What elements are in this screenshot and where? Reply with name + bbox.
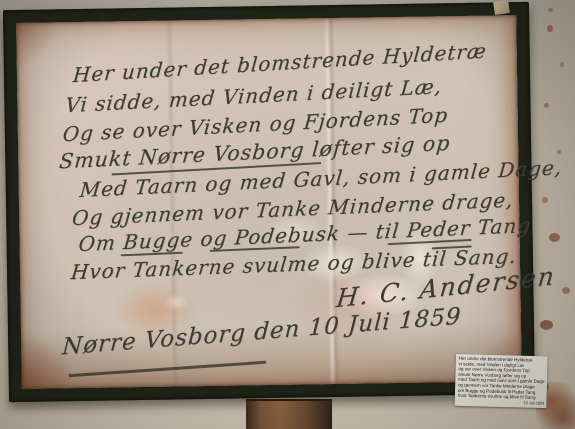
wall-stain	[560, 62, 564, 67]
underline-dateline	[69, 361, 267, 377]
picture-frame: Her under det blomstrende Hyldetræ Vi si…	[3, 2, 535, 402]
wall-stain	[562, 287, 570, 294]
wall-stain	[544, 103, 549, 108]
dateline: Nørre Vosborg den 10 Juli 1859	[61, 303, 462, 360]
wall-stain	[549, 233, 560, 242]
wooden-post	[246, 399, 332, 429]
manuscript-paper: Her under det blomstrende Hyldetræ Vi si…	[16, 15, 522, 389]
framed-manuscript-photo: Her under det blomstrende Hyldetræ Vi si…	[0, 0, 575, 429]
frame-chip	[493, 0, 510, 15]
wall-stain	[557, 150, 561, 154]
caption-label: Her under det blomstrende Hyldetræ vi si…	[455, 354, 548, 408]
caption-date: 10 Juli 1859	[457, 399, 544, 407]
wall-stain	[540, 320, 553, 330]
wall-stain	[548, 8, 553, 12]
wall-stain	[542, 197, 548, 203]
wall-stain	[547, 25, 553, 32]
